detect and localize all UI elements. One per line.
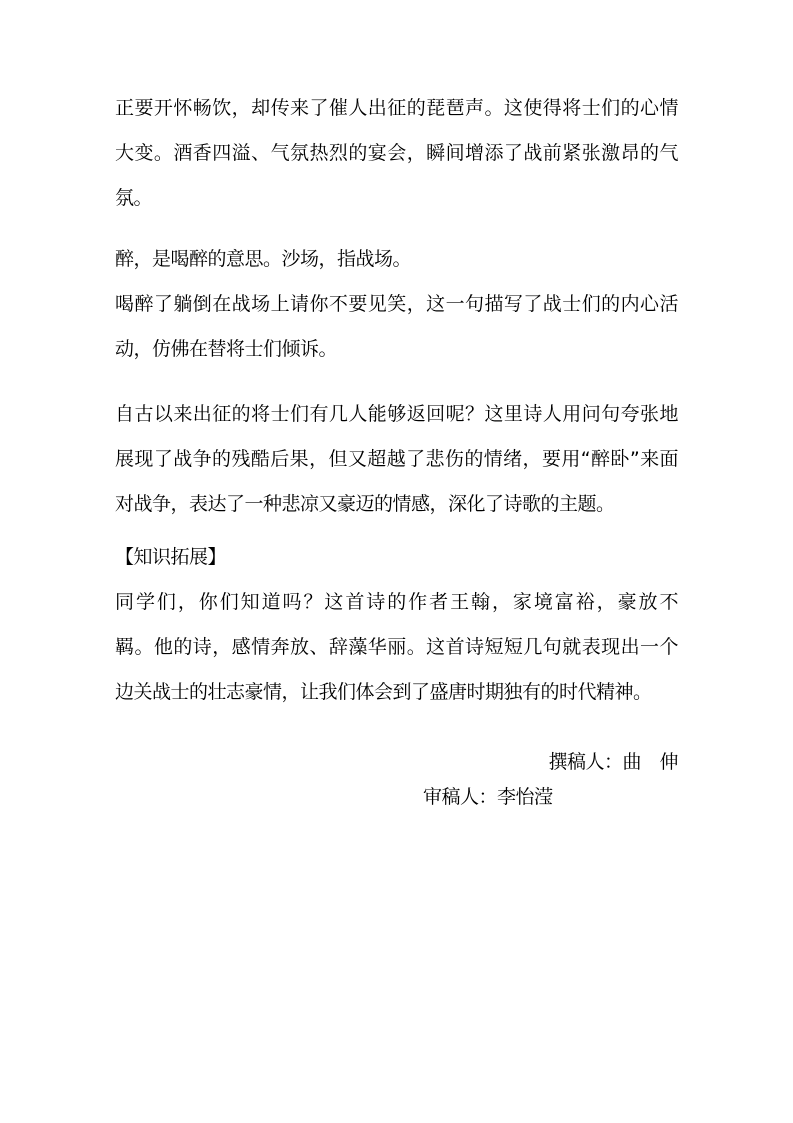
- paragraph: 醉，是喝醉的意思。沙场，指战场。: [115, 237, 678, 282]
- document-body: 正要开怀畅饮，却传来了催人出征的琵琶声。这使得将士们的心情大变。酒香四溢、气氛热…: [115, 86, 678, 715]
- text-line: 【知识拓展】: [115, 535, 678, 580]
- document-content: 正要开怀畅饮，却传来了催人出征的琵琶声。这使得将士们的心情大变。酒香四溢、气氛热…: [115, 86, 678, 815]
- paragraph: 自古以来出征的将士们有几人能够返回呢？这里诗人用问句夸张地展现了战争的残酷后果，…: [115, 392, 678, 527]
- signature-writer: 撰稿人：曲 伸: [115, 745, 678, 780]
- paragraph: 正要开怀畅饮，却传来了催人出征的琵琶声。这使得将士们的心情大变。酒香四溢、气氛热…: [115, 86, 678, 221]
- signature-reviewer: 审稿人：李怡滢: [115, 780, 678, 815]
- text-line: 展现了战争的残酷后果，但又超越了悲伤的情绪，要用“醉卧”来面: [115, 437, 678, 482]
- text-line: 动，仿佛在替将士们倾诉。: [115, 327, 678, 372]
- paragraph: 【知识拓展】: [115, 535, 678, 580]
- text-line: 正要开怀畅饮，却传来了催人出征的琵琶声。这使得将士们的心情: [115, 86, 678, 131]
- paragraph-zigu: 自古以来出征的将士们有几人能够返回呢？这里诗人用问句夸张地展现了战争的残酷后果，…: [115, 392, 678, 527]
- text-line: 醉，是喝醉的意思。沙场，指战场。: [115, 237, 678, 282]
- paragraph: 同学们，你们知道吗？这首诗的作者王翰，家境富裕，豪放不羁。他的诗，感情奔放、辞藻…: [115, 580, 678, 715]
- document-page: 正要开怀畅饮，却传来了催人出征的琵琶声。这使得将士们的心情大变。酒香四溢、气氛热…: [0, 0, 793, 1123]
- text-line: 边关战士的壮志豪情，让我们体会到了盛唐时期独有的时代精神。: [115, 670, 678, 715]
- section-knowledge-expansion: 【知识拓展】同学们，你们知道吗？这首诗的作者王翰，家境富裕，豪放不羁。他的诗，感…: [115, 535, 678, 715]
- text-line: 喝醉了躺倒在战场上请你不要见笑，这一句描写了战士们的内心活: [115, 282, 678, 327]
- paragraph: 喝醉了躺倒在战场上请你不要见笑，这一句描写了战士们的内心活动，仿佛在替将士们倾诉…: [115, 282, 678, 372]
- text-line: 大变。酒香四溢、气氛热烈的宴会，瞬间增添了战前紧张激昂的气: [115, 131, 678, 176]
- text-line: 羁。他的诗，感情奔放、辞藻华丽。这首诗短短几句就表现出一个: [115, 625, 678, 670]
- text-line: 自古以来出征的将士们有几人能够返回呢？这里诗人用问句夸张地: [115, 392, 678, 437]
- text-line: 氛。: [115, 176, 678, 221]
- signature-block: 撰稿人：曲 伸 审稿人：李怡滢: [115, 745, 678, 815]
- text-line: 同学们，你们知道吗？这首诗的作者王翰，家境富裕，豪放不: [115, 580, 678, 625]
- text-line: 对战争，表达了一种悲凉又豪迈的情感，深化了诗歌的主题。: [115, 482, 678, 527]
- paragraph-zui-shachang: 醉，是喝醉的意思。沙场，指战场。喝醉了躺倒在战场上请你不要见笑，这一句描写了战士…: [115, 237, 678, 372]
- paragraph-banquet: 正要开怀畅饮，却传来了催人出征的琵琶声。这使得将士们的心情大变。酒香四溢、气氛热…: [115, 86, 678, 221]
